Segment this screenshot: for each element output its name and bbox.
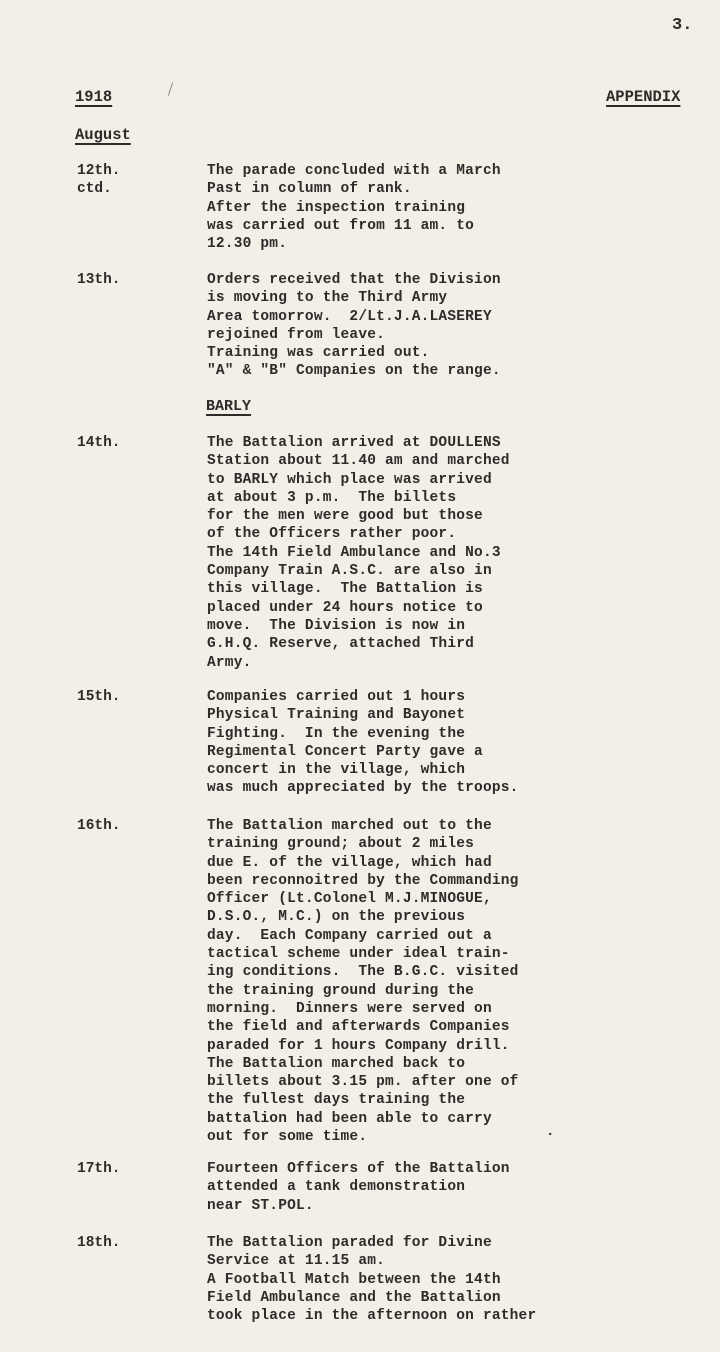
place-heading: BARLY: [206, 398, 251, 415]
entry-date: 17th.: [77, 1160, 121, 1178]
entry-text: Companies carried out 1 hours Physical T…: [207, 688, 519, 798]
entry-text: Fourteen Officers of the Battalion atten…: [207, 1160, 510, 1215]
entry-text: Orders received that the Division is mov…: [207, 271, 501, 381]
appendix-heading: APPENDIX: [606, 88, 680, 106]
entry-text: The Battalion paraded for Divine Service…: [207, 1234, 536, 1325]
entry-date: 13th.: [77, 271, 121, 289]
year-heading: 1918: [75, 88, 112, 106]
page-number: 3.: [672, 16, 692, 35]
entry-text: The parade concluded with a March Past i…: [207, 162, 501, 253]
entry-date: 16th.: [77, 817, 121, 835]
entry-text: The Battalion arrived at DOULLENS Statio…: [207, 434, 510, 672]
typed-document-page: 3. 1918 APPENDIX August 12th. ctd. The p…: [0, 0, 720, 1352]
stray-dot: .: [546, 1124, 554, 1140]
entry-date: 15th.: [77, 688, 121, 706]
entry-date: 14th.: [77, 434, 121, 452]
month-heading: August: [75, 126, 131, 144]
pencil-mark: [168, 82, 173, 96]
entry-date: 18th.: [77, 1234, 121, 1252]
entry-text: The Battalion marched out to the trainin…: [207, 817, 519, 1146]
entry-date: 12th. ctd.: [77, 162, 121, 199]
